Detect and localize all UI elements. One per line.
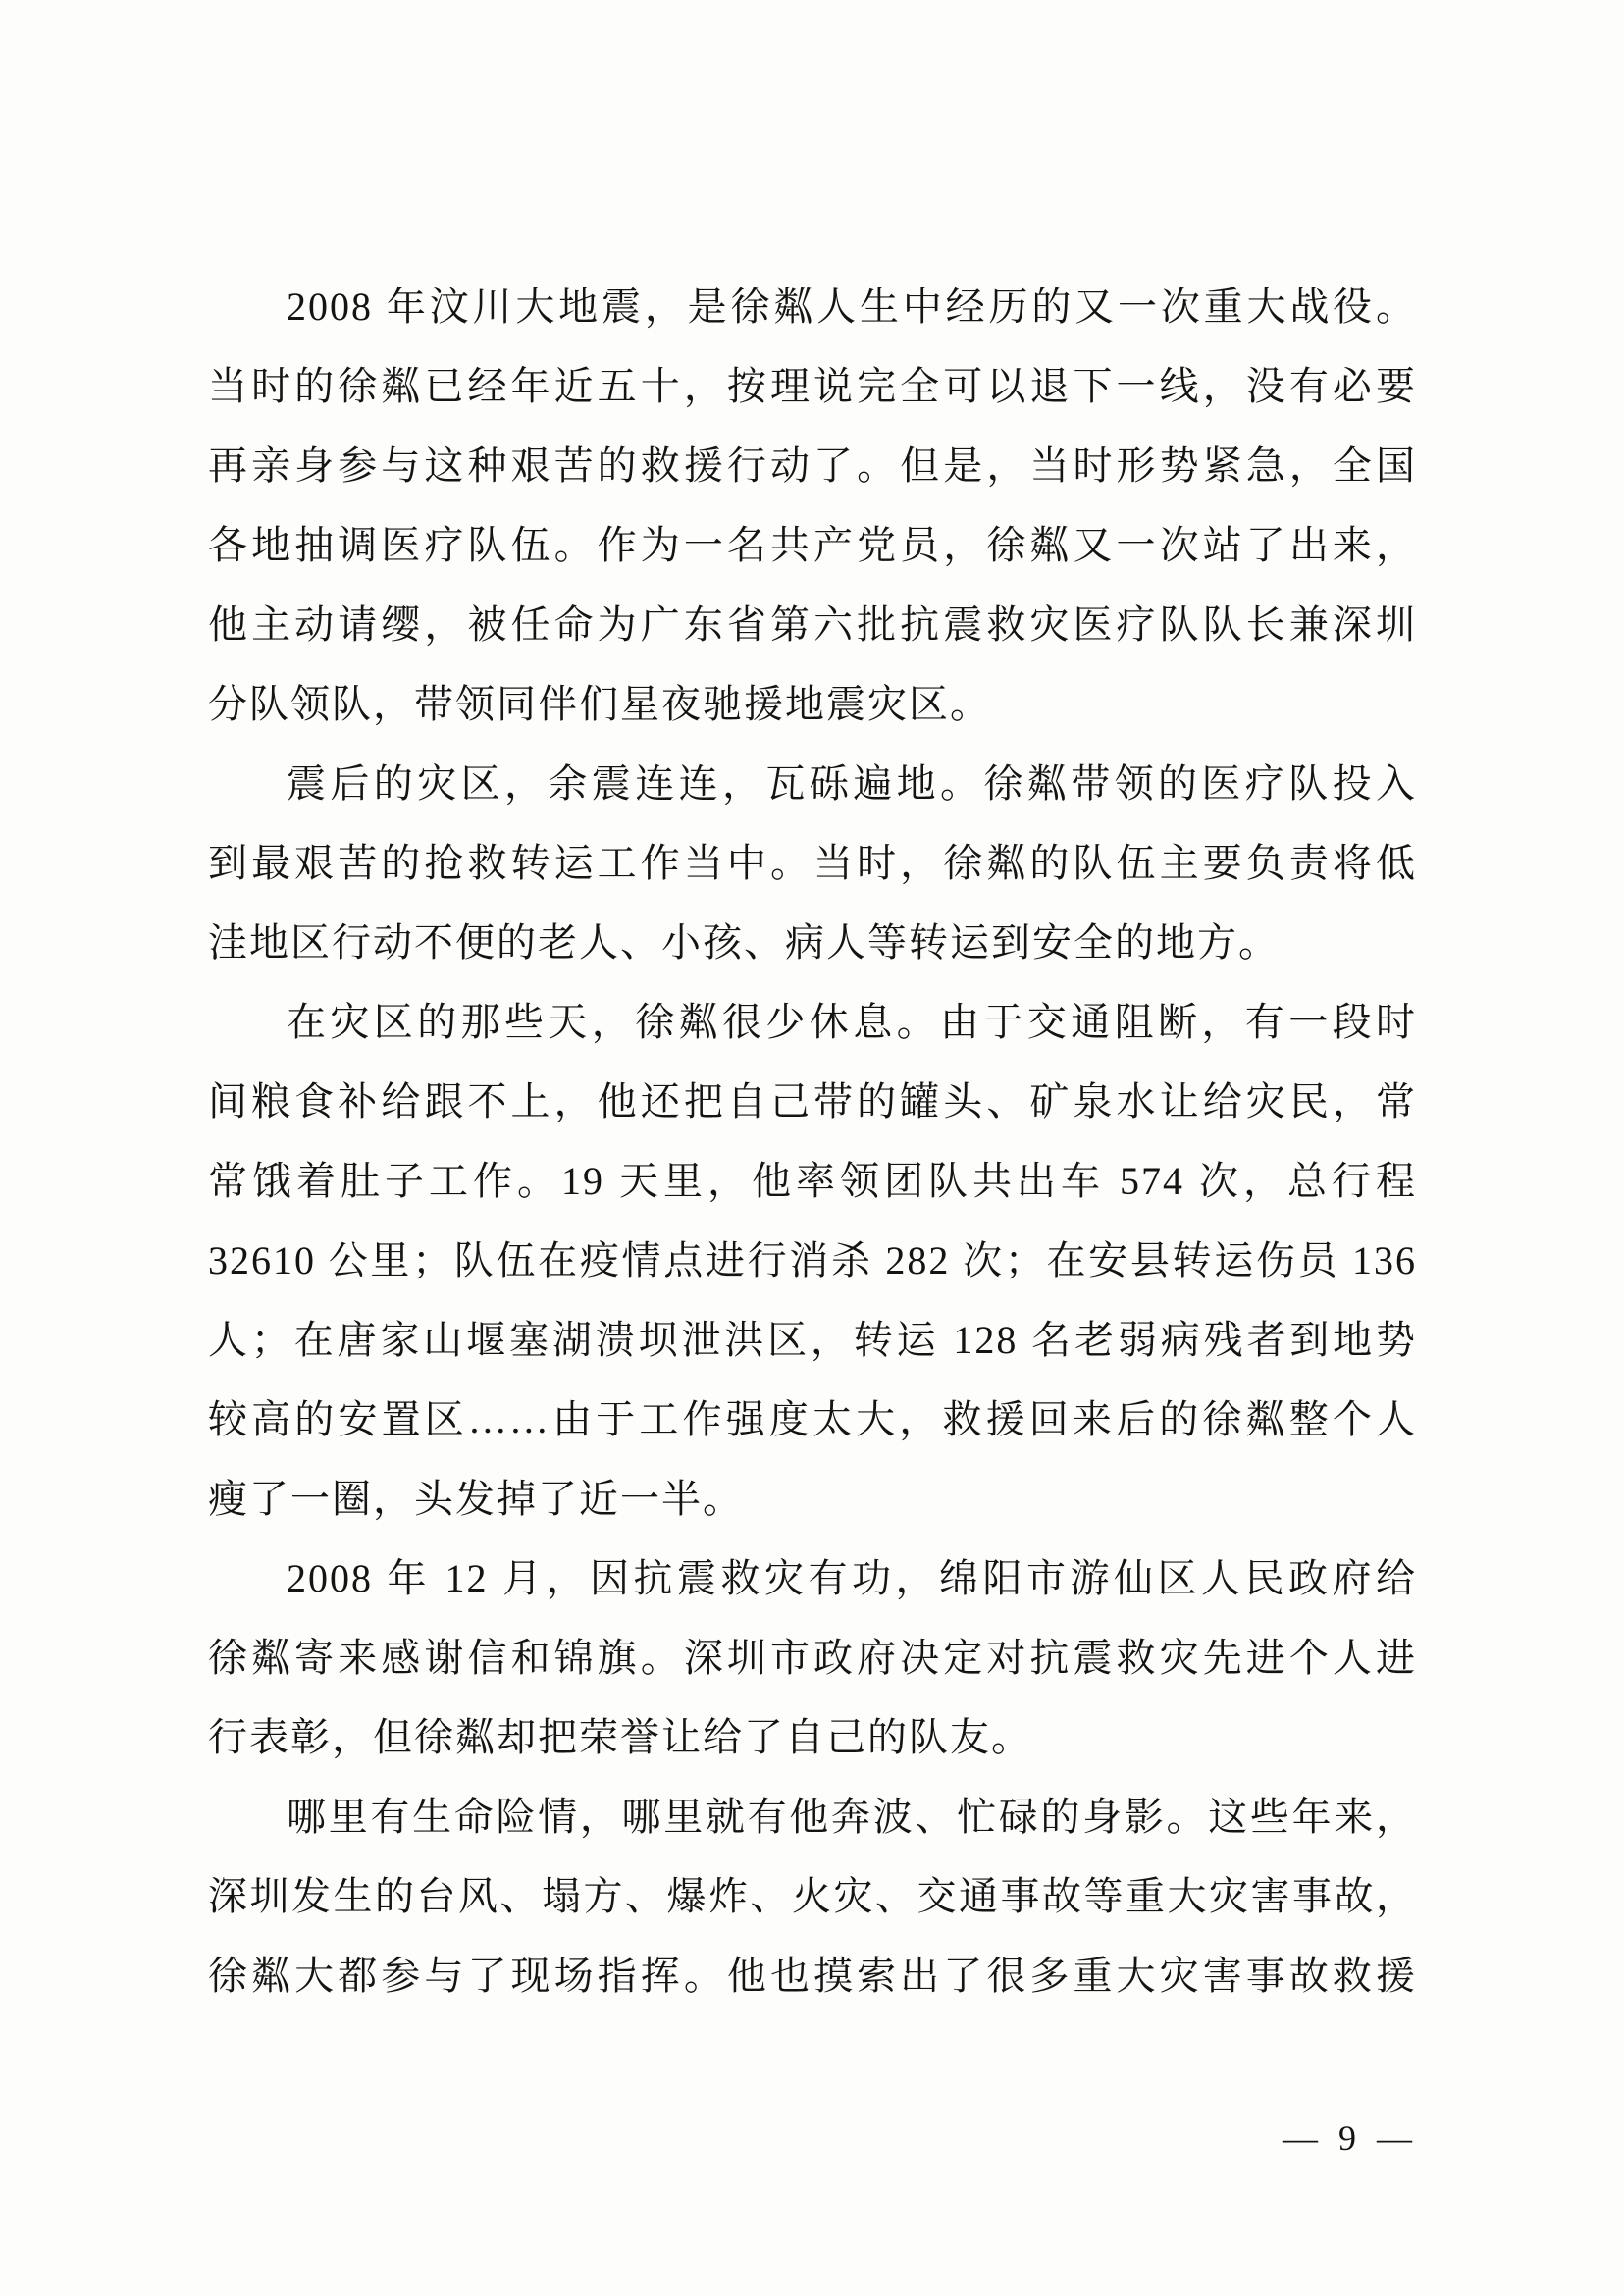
text-line: 徐粼寄来感谢信和锦旗。深圳市政府决定对抗震救灾先进个人进 — [208, 1618, 1417, 1697]
text-line: 常饿着肚子工作。19 天里，他率领团队共出车 574 次，总行程 — [208, 1141, 1417, 1221]
text-line: 洼地区行动不便的老人、小孩、病人等转运到安全的地方。 — [208, 903, 1417, 982]
text-line: 人；在唐家山堰塞湖溃坝泄洪区，转运 128 名老弱病残者到地势 — [208, 1300, 1417, 1380]
text-line: 较高的安置区……由于工作强度太大，救援回来后的徐粼整个人 — [208, 1380, 1417, 1459]
text-line: 瘦了一圈，头发掉了近一半。 — [208, 1459, 1417, 1539]
text-line: 间粮食补给跟不上，他还把自己带的罐头、矿泉水让给灾民，常 — [208, 1062, 1417, 1141]
text-line: 在灾区的那些天，徐粼很少休息。由于交通阻断，有一段时 — [208, 982, 1417, 1062]
text-line: 徐粼大都参与了现场指挥。他也摸索出了很多重大灾害事故救援 — [208, 1936, 1417, 2015]
document-page: 2008 年汶川大地震，是徐粼人生中经历的又一次重大战役。 当时的徐粼已经年近五… — [0, 0, 1624, 2296]
text-line: 分队领队，带领同伴们星夜驰援地震灾区。 — [208, 664, 1417, 744]
text-line: 深圳发生的台风、塌方、爆炸、火灾、交通事故等重大灾害事故， — [208, 1856, 1417, 1936]
paragraph: 2008 年汶川大地震，是徐粼人生中经历的又一次重大战役。 当时的徐粼已经年近五… — [208, 267, 1417, 744]
text-line: 震后的灾区，余震连连，瓦砾遍地。徐粼带领的医疗队投入 — [208, 744, 1417, 823]
body-text: 2008 年汶川大地震，是徐粼人生中经历的又一次重大战役。 当时的徐粼已经年近五… — [208, 267, 1417, 2015]
text-line: 32610 公里；队伍在疫情点进行消杀 282 次；在安县转运伤员 136 — [208, 1221, 1417, 1300]
text-line: 再亲身参与这种艰苦的救援行动了。但是，当时形势紧急，全国 — [208, 426, 1417, 505]
text-line: 行表彰，但徐粼却把荣誉让给了自己的队友。 — [208, 1697, 1417, 1777]
text-line: 2008 年汶川大地震，是徐粼人生中经历的又一次重大战役。 — [208, 267, 1417, 346]
paragraph: 哪里有生命险情，哪里就有他奔波、忙碌的身影。这些年来， 深圳发生的台风、塌方、爆… — [208, 1777, 1417, 2015]
text-line: 当时的徐粼已经年近五十，按理说完全可以退下一线，没有必要 — [208, 346, 1417, 426]
text-line: 到最艰苦的抢救转运工作当中。当时，徐粼的队伍主要负责将低 — [208, 823, 1417, 903]
text-line: 哪里有生命险情，哪里就有他奔波、忙碌的身影。这些年来， — [208, 1777, 1417, 1856]
text-line: 他主动请缨，被任命为广东省第六批抗震救灾医疗队队长兼深圳 — [208, 585, 1417, 664]
paragraph: 2008 年 12 月，因抗震救灾有功，绵阳市游仙区人民政府给 徐粼寄来感谢信和… — [208, 1539, 1417, 1777]
text-line: 2008 年 12 月，因抗震救灾有功，绵阳市游仙区人民政府给 — [208, 1539, 1417, 1618]
page-number-label: — 9 — — [1283, 2118, 1418, 2158]
text-line: 各地抽调医疗队伍。作为一名共产党员，徐粼又一次站了出来， — [208, 505, 1417, 585]
page-number: — 9 — — [1283, 2117, 1418, 2159]
paragraph: 在灾区的那些天，徐粼很少休息。由于交通阻断，有一段时 间粮食补给跟不上，他还把自… — [208, 982, 1417, 1539]
paragraph: 震后的灾区，余震连连，瓦砾遍地。徐粼带领的医疗队投入 到最艰苦的抢救转运工作当中… — [208, 744, 1417, 982]
